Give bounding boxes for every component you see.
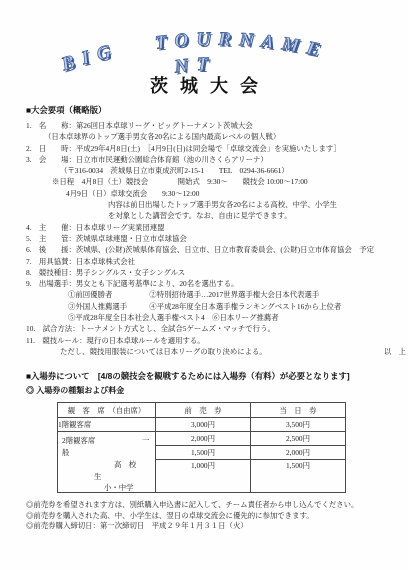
- tier2-seat-label: 2階観客席: [62, 435, 95, 446]
- tier2-label-part: 生: [94, 471, 101, 482]
- tier2-label-part: 小・中学: [104, 482, 134, 493]
- outline-line: 8. 競技種目：男子シングルス・女子シングルス: [26, 267, 402, 278]
- outline-line: 10. 試合方法：トーナメント方式とし、全試合5ゲームズ・マッチで行う。: [26, 323, 402, 334]
- outline-line: 4. 主 催：日本卓球リーグ実業団連盟: [26, 222, 402, 233]
- outline-line: 4月9日（日）卓球交流会 9:30～12:00: [66, 188, 402, 199]
- outline-heading: ■大会要項（概略版）: [26, 104, 402, 116]
- table-header-row: 観 客 席 （自由席） 前 売 券 当 日 券: [58, 403, 346, 418]
- table-row: 2階観客席 一 般 高 校 生 小・中学 2,000円 2,500円: [58, 432, 346, 446]
- header-cell-day: 当 日 券: [251, 403, 346, 418]
- price-advance: 1,000円: [156, 460, 251, 493]
- seat-cell-1f: 1階観客席: [58, 418, 156, 432]
- rule-proviso-text: ただし、競技用服装については日本リーグの取り決めによる。: [60, 346, 267, 357]
- outline-line: ③外国人推薦選手 ④平成28年度全日本選手権ランキングベスト16から上位者: [68, 301, 402, 312]
- outline-line: （日本卓球界のトップ選手男女各20名による国内最高レベルの個人戦）: [44, 131, 402, 142]
- header-cell-seat: 観 客 席 （自由席）: [58, 403, 156, 418]
- price-advance: 1,500円: [156, 446, 251, 460]
- price-day: 2,500円: [251, 432, 346, 446]
- outline-line: 9. 出場選手：男女とも下記選考基準により、20名を選出する。: [26, 278, 402, 289]
- seat-cell-2f: 2階観客席 一 般 高 校 生 小・中学: [58, 432, 156, 493]
- outline-line: を対象とした講習会です。なお、自由に見学できます。: [108, 210, 402, 221]
- tickets-heading: ■入場券について [4/8の競技会を観戦するためには入場券（有料）が必要となりま…: [26, 370, 402, 382]
- outline-line: 11. 競技ルール：現行の日本卓球ルールを適用する。: [26, 335, 402, 346]
- header-cell-advance: 前 売 券: [156, 403, 251, 418]
- outline-line: ただし、競技用服装については日本リーグの取り決めによる。 以 上: [60, 346, 406, 357]
- outline-line: 2. 日 時：平成29年4月8日(土) ［4月9日(日)は同会場で「卓球交流会」…: [26, 143, 402, 154]
- tier2-label-part: 一: [142, 435, 149, 446]
- note-line: ◎前売券を希望されます方は、別紙購入申込書に記入して、チーム責任者から申し込んで…: [26, 500, 402, 511]
- document-page: BIG TOURNAME BIG TOURNAME NT NT 茨城大会 ■大会…: [0, 0, 408, 570]
- price-day: 3,500円: [251, 418, 346, 432]
- outline-line: 3. 会 場：日立市市民運動公園総合体育館（池の川さくらアリーナ）: [26, 154, 402, 165]
- note-line: ◎前売券を購入された高、中、小学生は、翌日の卓球交流会に優先的に参加できます。: [26, 511, 402, 522]
- document-body: ■大会要項（概略版） 1. 名 称：第26回日本卓球リーグ・ビッグトーナメント茨…: [26, 104, 402, 532]
- outline-line: 6. 後 援：茨城県、(公財)茨城県体育協会、日立市、日立市教育委員会、(公財)…: [26, 244, 402, 255]
- outline-line: ①前回優勝者 ②特別招待選手…2017世界選手権大会日本代表選手: [68, 289, 402, 300]
- price-advance: 3,000円: [156, 418, 251, 432]
- price-table: 観 客 席 （自由席） 前 売 券 当 日 券 1階観客席 3,000円 3,5…: [57, 402, 346, 493]
- outline-line: 5. 主 管：茨城県卓球連盟・日立市卓球協会: [26, 233, 402, 244]
- outline-line: 内容は前日出場したトップ選手男女各20名による高校、中学、小学生: [108, 199, 402, 210]
- price-advance: 2,000円: [156, 432, 251, 446]
- ticket-notes: ◎前売券を希望されます方は、別紙購入申込書に記入して、チーム責任者から申し込んで…: [26, 500, 402, 532]
- price-day: 1,500円: [251, 460, 346, 493]
- tickets-subheading: ◎ 入場券の種類および料金: [26, 385, 402, 397]
- tier2-label-part: 般: [62, 447, 69, 458]
- outline-line: 7. 用具協賛：日本卓球株式会社: [26, 256, 402, 267]
- page-title: 茨城大会: [0, 72, 408, 98]
- table-row: 1階観客席 3,000円 3,500円: [58, 418, 346, 432]
- closing-label: 以 上: [384, 346, 406, 357]
- note-line: ◎前売券購入締切日：第一次締切日 平成２９年１月３１日（火）: [26, 521, 402, 532]
- outline-line: （〒316-0034 茨城県日立市東成沢町2-15-1 TEL 0294-36-…: [60, 165, 402, 176]
- price-day: 2,000円: [251, 446, 346, 460]
- outline-line: ⑤平成28年度全日本社会人選手権ベスト4 ⑥日本リーグ推薦者: [68, 312, 402, 323]
- tier2-label-part: 高 校: [114, 459, 136, 470]
- outline-line: ※日程 4月8日（土）競技会 開始式 9:30～ 競技会 10:00～17:00: [52, 176, 402, 187]
- outline-line: 1. 名 称：第26回日本卓球リーグ・ビッグトーナメント茨城大会: [26, 120, 402, 131]
